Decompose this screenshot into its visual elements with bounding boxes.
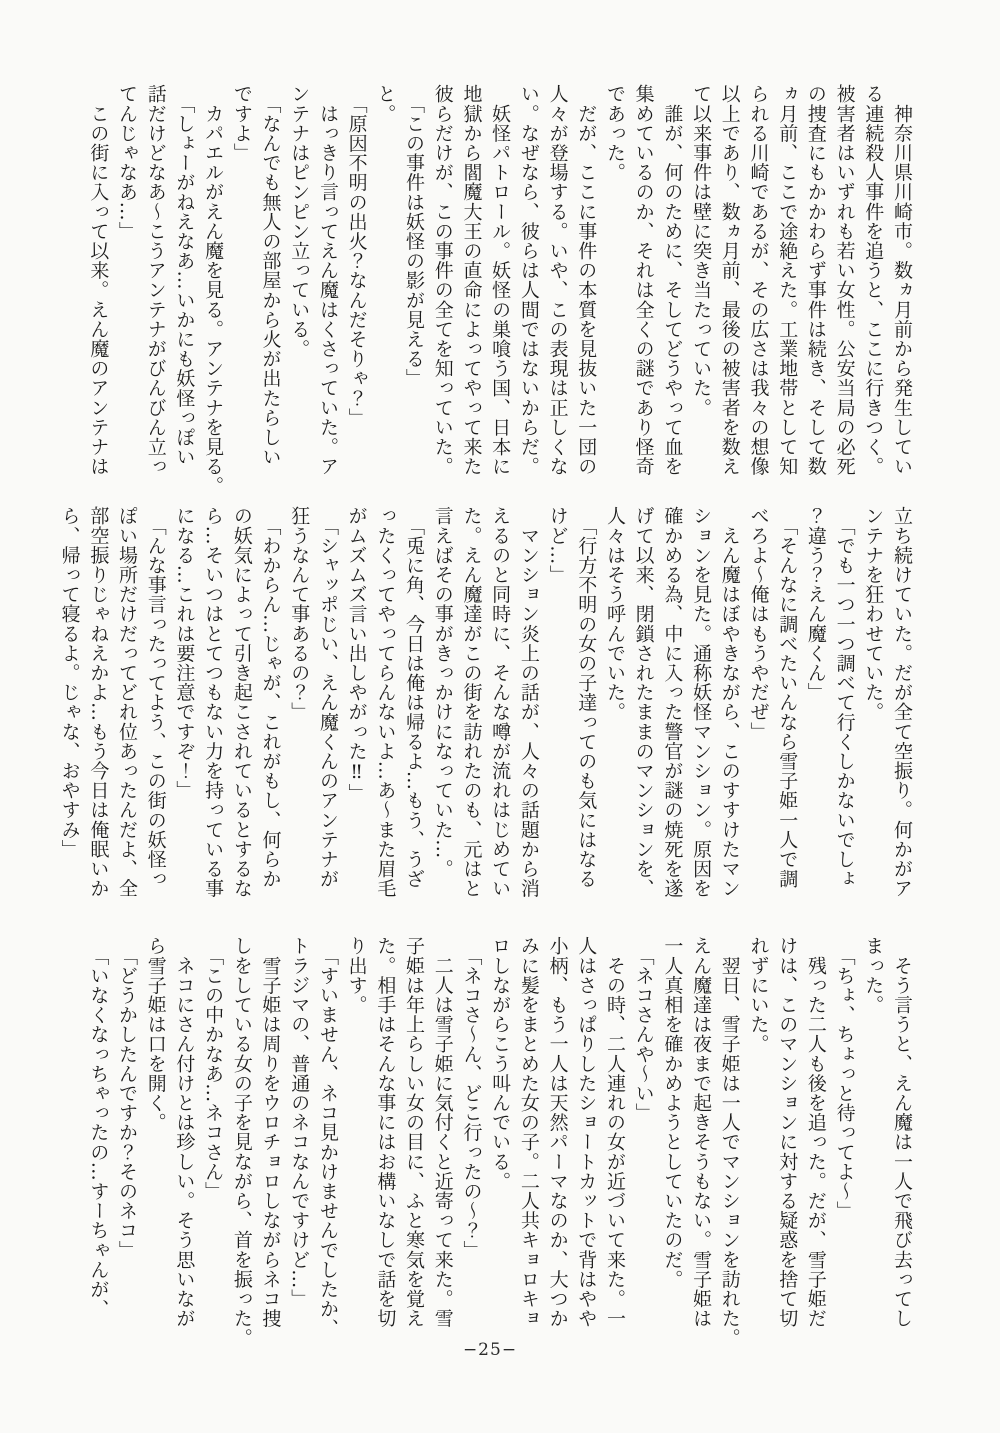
text-column: 「いなくなっちゃったの…すーちゃんが、 xyxy=(84,936,113,1360)
novel-page: 神奈川県川崎市。数ヵ月前から発生している連続殺人事件を追うと、ここに行きつく。被… xyxy=(0,0,1000,1433)
text-column: 「この事件は妖怪の影が見える」 xyxy=(399,84,428,508)
text-column: 一人真相を確かめようとしていたのだ。 xyxy=(658,936,687,1360)
text-column: 「どうかしたんですか？そのネコ」 xyxy=(112,936,141,1360)
text-column: この街に入って以来。えん魔のアンテナは xyxy=(84,84,113,508)
text-column: 「この中かなあ…ネコさん」 xyxy=(198,936,227,1360)
text-column: その時、二人連れの女が近づいて来た。一 xyxy=(600,936,629,1360)
text-column: 「ネコさ〜ん、どこ行ったの〜？」 xyxy=(457,936,486,1360)
text-column: 誰が、何のために、そしてどうやって血を xyxy=(658,84,687,508)
text-column: る連続殺人事件を追うと、ここに行きつく。 xyxy=(859,84,888,508)
text-column: トラジマの、普通のネコなんですけど…」 xyxy=(285,936,314,1360)
text-column: 残った二人も後を追った。だが、雪子姫だ xyxy=(801,936,830,1360)
text-column: ですよ」 xyxy=(227,84,256,508)
text-column: しをしている女の子を見ながら、首を振った。 xyxy=(227,936,256,1360)
text-column: カパエルがえん魔を見る。アンテナを見る。 xyxy=(198,84,227,508)
text-column: 二人は雪子姫に気付くと近寄って来た。雪 xyxy=(428,936,457,1360)
text-column: 言えばその事がきっかけになっていた…。 xyxy=(428,506,457,930)
text-column: えん魔達は夜まで起きそうもない。雪子姫は xyxy=(686,936,715,1360)
text-column: れずにいた。 xyxy=(744,936,773,1360)
page-number: −25− xyxy=(0,1340,980,1360)
text-column: り出す。 xyxy=(342,936,371,1360)
text-band-bottom: そう言うと、えん魔は一人で飛び去ってしまった。 「ちょ、ちょっと待ってよ〜」 残… xyxy=(84,936,916,1360)
text-column: げて以来、閉鎖されたままのマンションを、 xyxy=(629,506,658,930)
text-column: ロしながらこう叫んでいる。 xyxy=(485,936,514,1360)
text-column: て以来事件は壁に突き当たっていた。 xyxy=(686,84,715,508)
text-column: 確かめる為、中に入った警官が謎の焼死を遂 xyxy=(658,506,687,930)
text-column: 人はさっぱりしたショートカットで背はやや xyxy=(572,936,601,1360)
text-column: 部空振りじゃねえかよ…もう今日は俺眠いか xyxy=(84,506,113,930)
text-column: みに髪をまとめた女の子。二人共キョロキョ xyxy=(514,936,543,1360)
text-column: 人々はそう呼んでいた。 xyxy=(600,506,629,930)
text-column: ネコにさん付けとは珍しい。そう思いなが xyxy=(170,936,199,1360)
text-column: ぽい場所だけだってどれ位あったんだよ、全 xyxy=(112,506,141,930)
text-column: はっきり言ってえん魔はくさっていた。ア xyxy=(313,84,342,508)
text-column: 「シャッポじい、えん魔くんのアンテナが xyxy=(313,506,342,930)
text-column: だが、ここに事件の本質を見抜いた一団の xyxy=(572,84,601,508)
text-column: がムズムズ言い出しやがった‼」 xyxy=(342,506,371,930)
text-column: えるのと同時に、そんな噂が流れはじめてい xyxy=(485,506,514,930)
text-column: ったくってやってらんないよ…あ〜また眉毛 xyxy=(371,506,400,930)
text-column: ら雪子姫は口を開く。 xyxy=(141,936,170,1360)
text-column: 妖怪パトロール。妖怪の巣喰う国、日本に xyxy=(485,84,514,508)
text-column: ら、帰って寝るよ。じゃな、おやすみ」 xyxy=(55,506,84,930)
text-column: 翌日、雪子姫は一人でマンションを訪れた。 xyxy=(715,936,744,1360)
text-column: 「すいません、ネコ見かけませんでしたか、 xyxy=(313,936,342,1360)
text-column: であった。 xyxy=(600,84,629,508)
text-column: と。 xyxy=(371,84,400,508)
text-column: 被害者はいずれも若い女性。公安当局の必死 xyxy=(830,84,859,508)
text-column: 「わからん…じゃが、これがもし、何らか xyxy=(256,506,285,930)
text-column: 狂うなんて事あるの？」 xyxy=(285,506,314,930)
text-column: そう言うと、えん魔は一人で飛び去ってし xyxy=(887,936,916,1360)
text-column: えん魔はぼやきながら、このすすけたマン xyxy=(715,506,744,930)
text-column: 「行方不明の女の子達ってのも気にはなる xyxy=(572,506,601,930)
text-column: 子姫は年上らしい女の目に、ふと寒気を覚え xyxy=(399,936,428,1360)
text-column: てんじゃなあ…」 xyxy=(112,84,141,508)
text-column: 「ちょ、ちょっと待ってよ〜」 xyxy=(830,936,859,1360)
text-column: 地獄から閻魔大王の直命によってやって来た xyxy=(457,84,486,508)
text-column: られる川崎であるが、その広さは我々の想像 xyxy=(744,84,773,508)
text-column: けは、このマンションに対する疑惑を捨て切 xyxy=(772,936,801,1360)
text-column: 以上であり、数ヵ月前、最後の被害者を数え xyxy=(715,84,744,508)
text-column: 小柄、もう一人は天然パーマなのか、大つか xyxy=(543,936,572,1360)
text-column: べろよ〜俺はもうやだぜ」 xyxy=(744,506,773,930)
text-band-middle: 立ち続けていた。だが全て空振り。何かがアンテナを狂わせていた。 「でも一つ一つ調… xyxy=(55,506,916,930)
text-column: 「しょーがねえなあ…いかにも妖怪っぽい xyxy=(170,84,199,508)
text-column: になる…これは要注意ですぞ！」 xyxy=(170,506,199,930)
text-column: けど…」 xyxy=(543,506,572,930)
text-column: ンテナを狂わせていた。 xyxy=(859,506,888,930)
text-column: ションを見た。通称妖怪マンション。原因を xyxy=(686,506,715,930)
text-column: 「兎に角、今日は俺は帰るよ…もう、うざ xyxy=(399,506,428,930)
text-column: 「んな事言ったってよう、この街の妖怪っ xyxy=(141,506,170,930)
text-band-top: 神奈川県川崎市。数ヵ月前から発生している連続殺人事件を追うと、ここに行きつく。被… xyxy=(84,84,916,508)
text-column: の捜査にもかかわらず事件は続き、そして数 xyxy=(801,84,830,508)
text-column: 神奈川県川崎市。数ヵ月前から発生してい xyxy=(887,84,916,508)
text-column: の妖気によって引き起こされているとするな xyxy=(227,506,256,930)
text-column: た。相手はそんな事にはお構いなしで話を切 xyxy=(371,936,400,1360)
text-column: まった。 xyxy=(859,936,888,1360)
text-column: マンション炎上の話が、人々の話題から消 xyxy=(514,506,543,930)
text-column: ヵ月前、ここで途絶えた。工業地帯として知 xyxy=(772,84,801,508)
text-column: 集めているのか、それは全くの謎であり怪奇 xyxy=(629,84,658,508)
text-column: 「そんなに調べたいんなら雪子姫一人で調 xyxy=(772,506,801,930)
text-column: 「ネコさんや〜い」 xyxy=(629,936,658,1360)
text-column: 人々が登場する。いや、この表現は正しくな xyxy=(543,84,572,508)
text-column: 雪子姫は周りをウロチョロしながらネコ捜 xyxy=(256,936,285,1360)
text-column: ？違う？えん魔くん」 xyxy=(801,506,830,930)
text-column: た。えん魔達がこの街を訪れたのも、元はと xyxy=(457,506,486,930)
text-column: 「なんでも無人の部屋から火が出たらしい xyxy=(256,84,285,508)
text-column: 立ち続けていた。だが全て空振り。何かがア xyxy=(887,506,916,930)
text-column: 「原因不明の出火？なんだそりゃ？」 xyxy=(342,84,371,508)
text-column: ら…そいつはとてつもない力を持っている事 xyxy=(198,506,227,930)
text-column: 「でも一つ一つ調べて行くしかないでしょ xyxy=(830,506,859,930)
text-column: い。なぜなら、彼らは人間ではないからだ。 xyxy=(514,84,543,508)
text-column: 彼らだけが、この事件の全てを知っていた。 xyxy=(428,84,457,508)
text-column: 話だけどなあ〜こうアンテナがびんびん立っ xyxy=(141,84,170,508)
text-column: ンテナはピンピン立っている。 xyxy=(285,84,314,508)
